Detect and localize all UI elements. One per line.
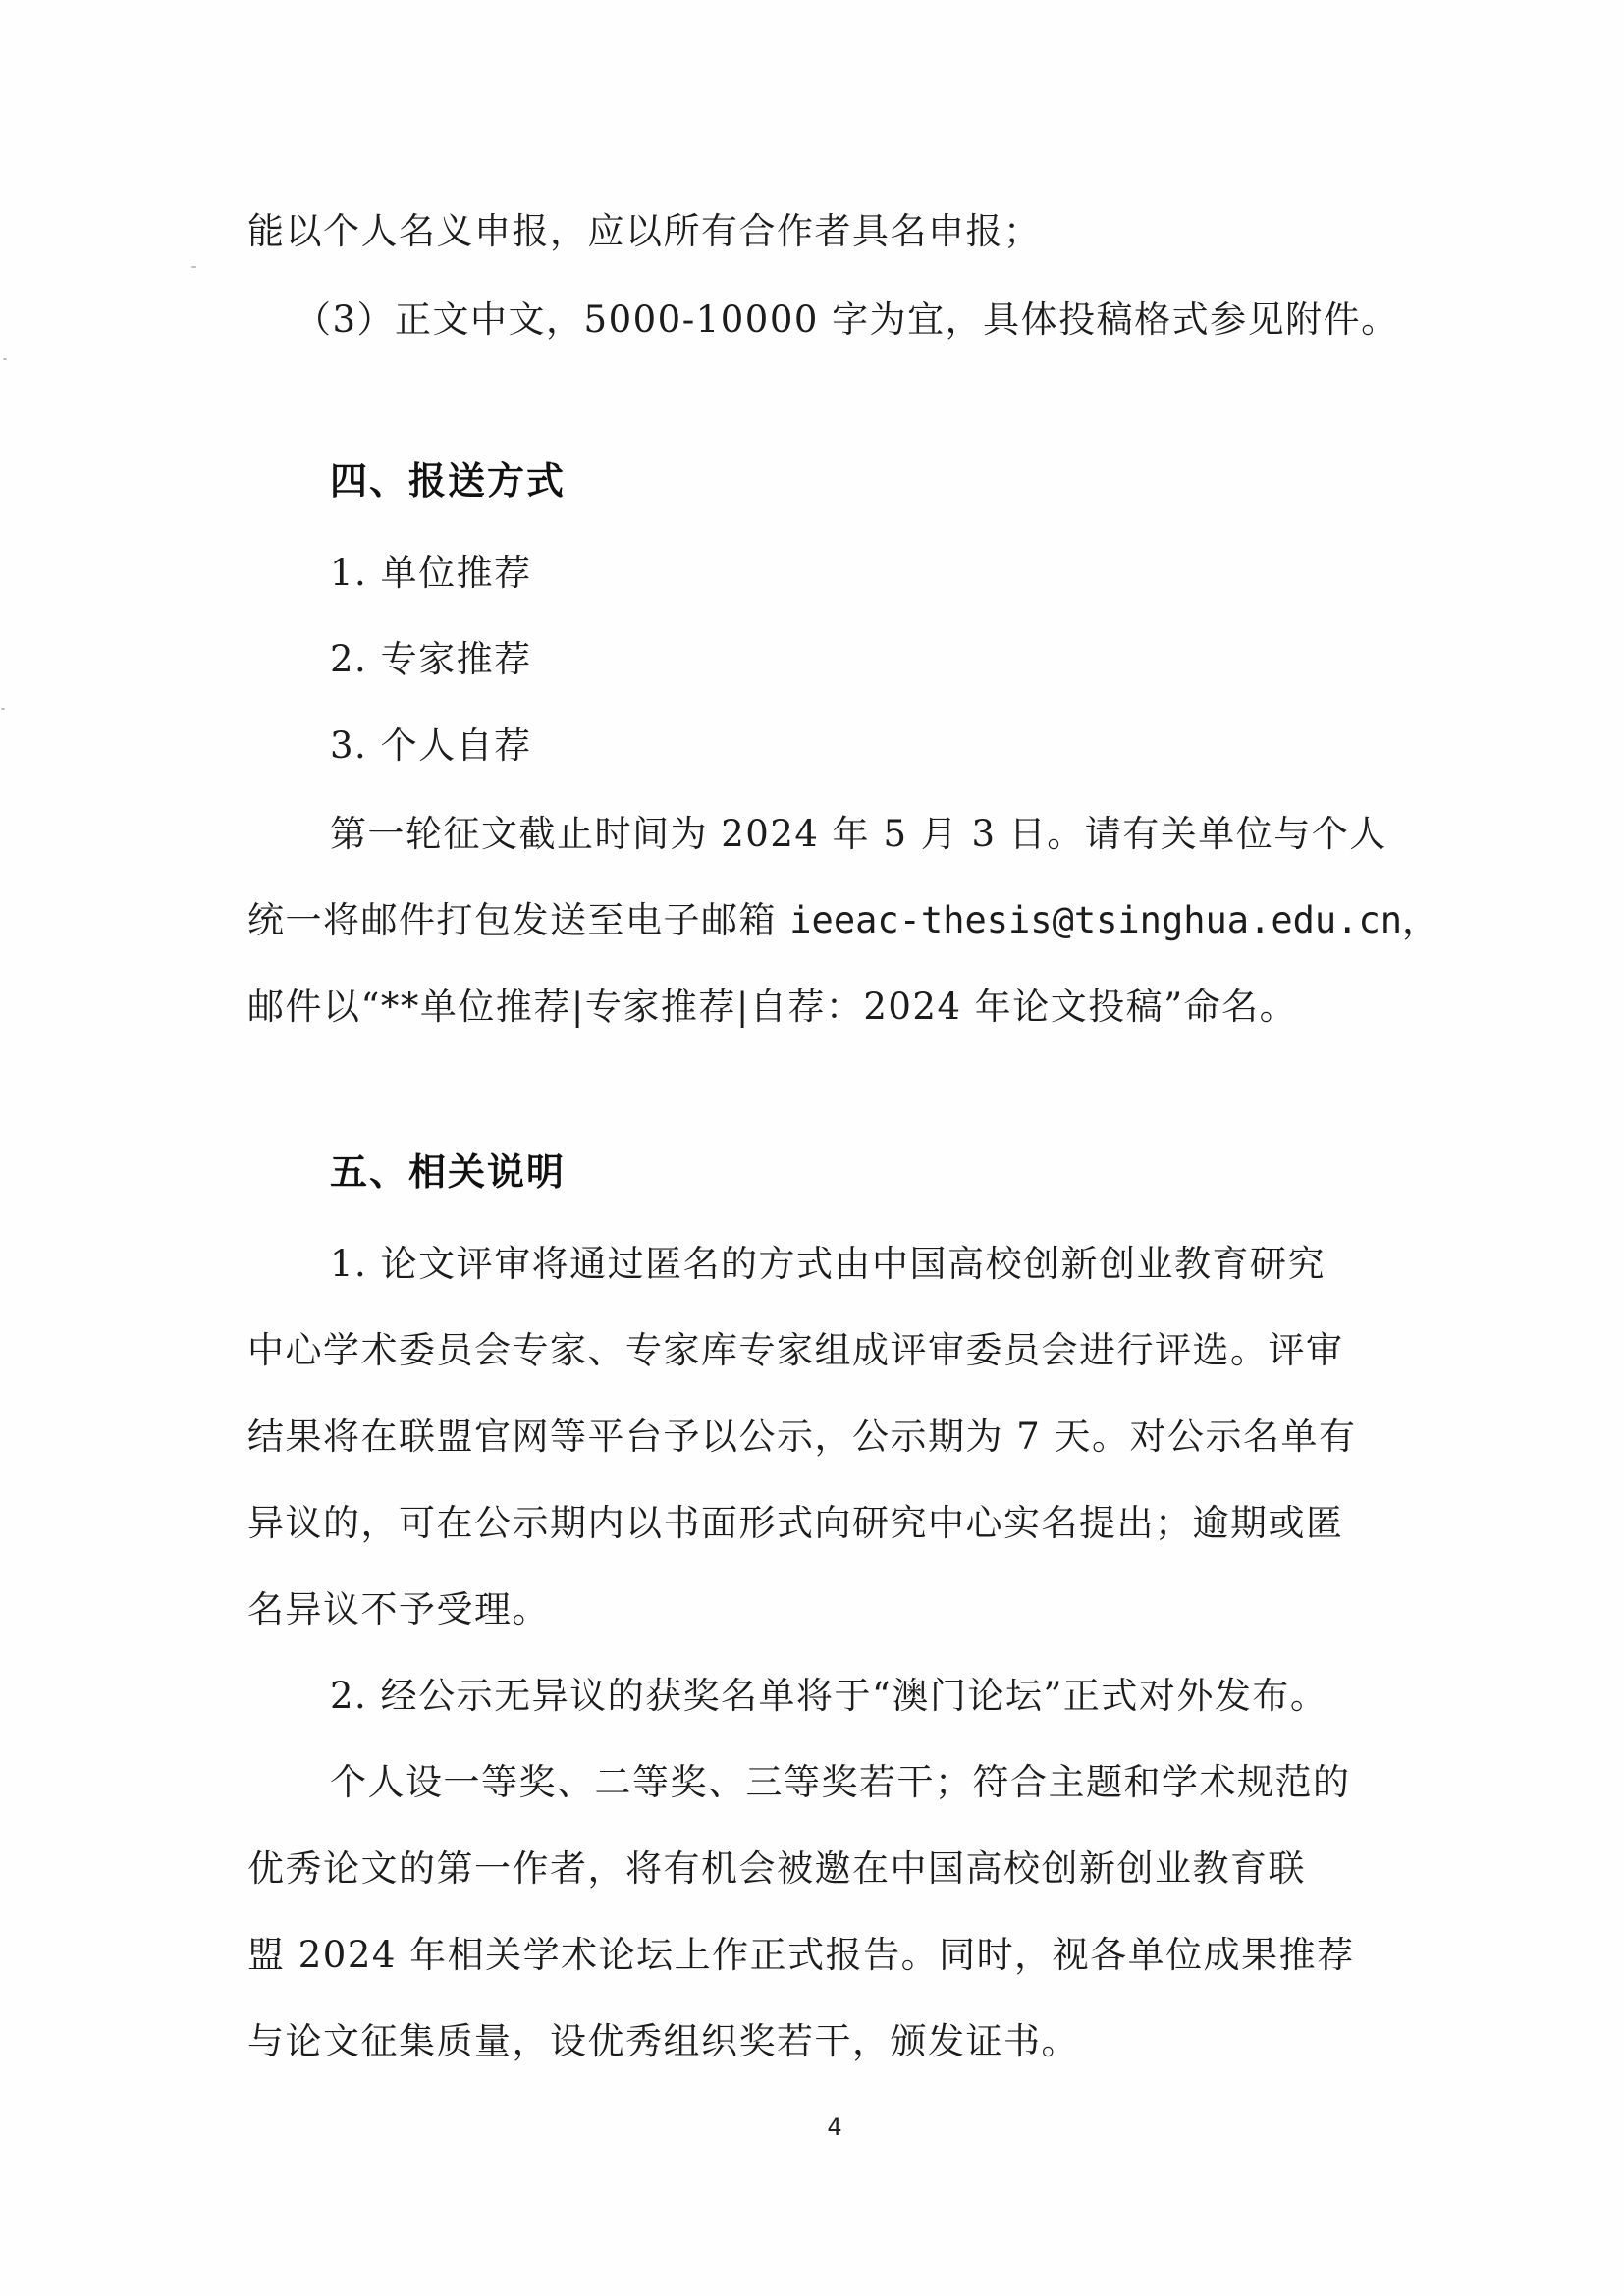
body-line: 第一轮征文截止时间为 2024 年 5 月 3 日。请有关单位与个人	[330, 811, 1508, 858]
scan-speck	[1, 708, 5, 710]
body-line: 与论文征集质量，设优秀组织奖若干，颁发证书。	[247, 2018, 1426, 2065]
email-suffix-text: ，	[1402, 899, 1440, 941]
body-line: 结果将在联盟官网等平台予以公示，公示期为 7 天。对公示名单有	[247, 1414, 1426, 1461]
scan-speck	[3, 358, 7, 360]
page-number: 4	[0, 2113, 1624, 2141]
body-line: 个人设一等奖、二等奖、三等奖若干；符合主题和学术规范的	[330, 1759, 1508, 1806]
body-line: 优秀论文的第一作者，将有机会被邀在中国高校创新创业教育联	[247, 1845, 1426, 1893]
email-address: ieeac-thesis@tsinghua.edu.cn	[789, 899, 1402, 941]
list-item: 3. 个人自荐	[330, 722, 1508, 770]
body-line-email: 统一将邮件打包发送至电子邮箱 ieeac-thesis@tsinghua.edu…	[247, 897, 1426, 944]
list-item: 1. 单位推荐	[330, 550, 1508, 597]
section-heading-related-notes: 五、相关说明	[330, 1148, 566, 1196]
body-line: 2. 经公示无异议的获奖名单将于“澳门论坛”正式对外发布。	[330, 1673, 1508, 1720]
body-line: 1. 论文评审将通过匿名的方式由中国高校创新创业教育研究	[330, 1241, 1508, 1288]
body-line: 异议的，可在公示期内以书面形式向研究中心实名提出；逾期或匿	[247, 1500, 1426, 1547]
email-prefix-text: 统一将邮件打包发送至电子邮箱	[247, 899, 789, 941]
body-line: 盟 2024 年相关学术论坛上作正式报告。同时，视各单位成果推荐	[247, 1932, 1426, 1979]
section-heading-submission-method: 四、报送方式	[330, 457, 566, 505]
body-line: 能以个人名义申报，应以所有合作者具名申报；	[247, 208, 1426, 255]
scan-speck	[191, 266, 196, 268]
document-page: 能以个人名义申报，应以所有合作者具名申报； （3）正文中文，5000-10000…	[0, 0, 1624, 2296]
body-line: （3）正文中文，5000-10000 字为宜，具体投稿格式参见附件。	[295, 296, 1473, 344]
body-line: 邮件以“**单位推荐|专家推荐|自荐：2024 年论文投稿”命名。	[247, 984, 1426, 1031]
body-line: 名异议不予受理。	[247, 1586, 1426, 1633]
body-line: 中心学术委员会专家、专家库专家组成评审委员会进行评选。评审	[247, 1327, 1426, 1374]
list-item: 2. 专家推荐	[330, 636, 1508, 683]
